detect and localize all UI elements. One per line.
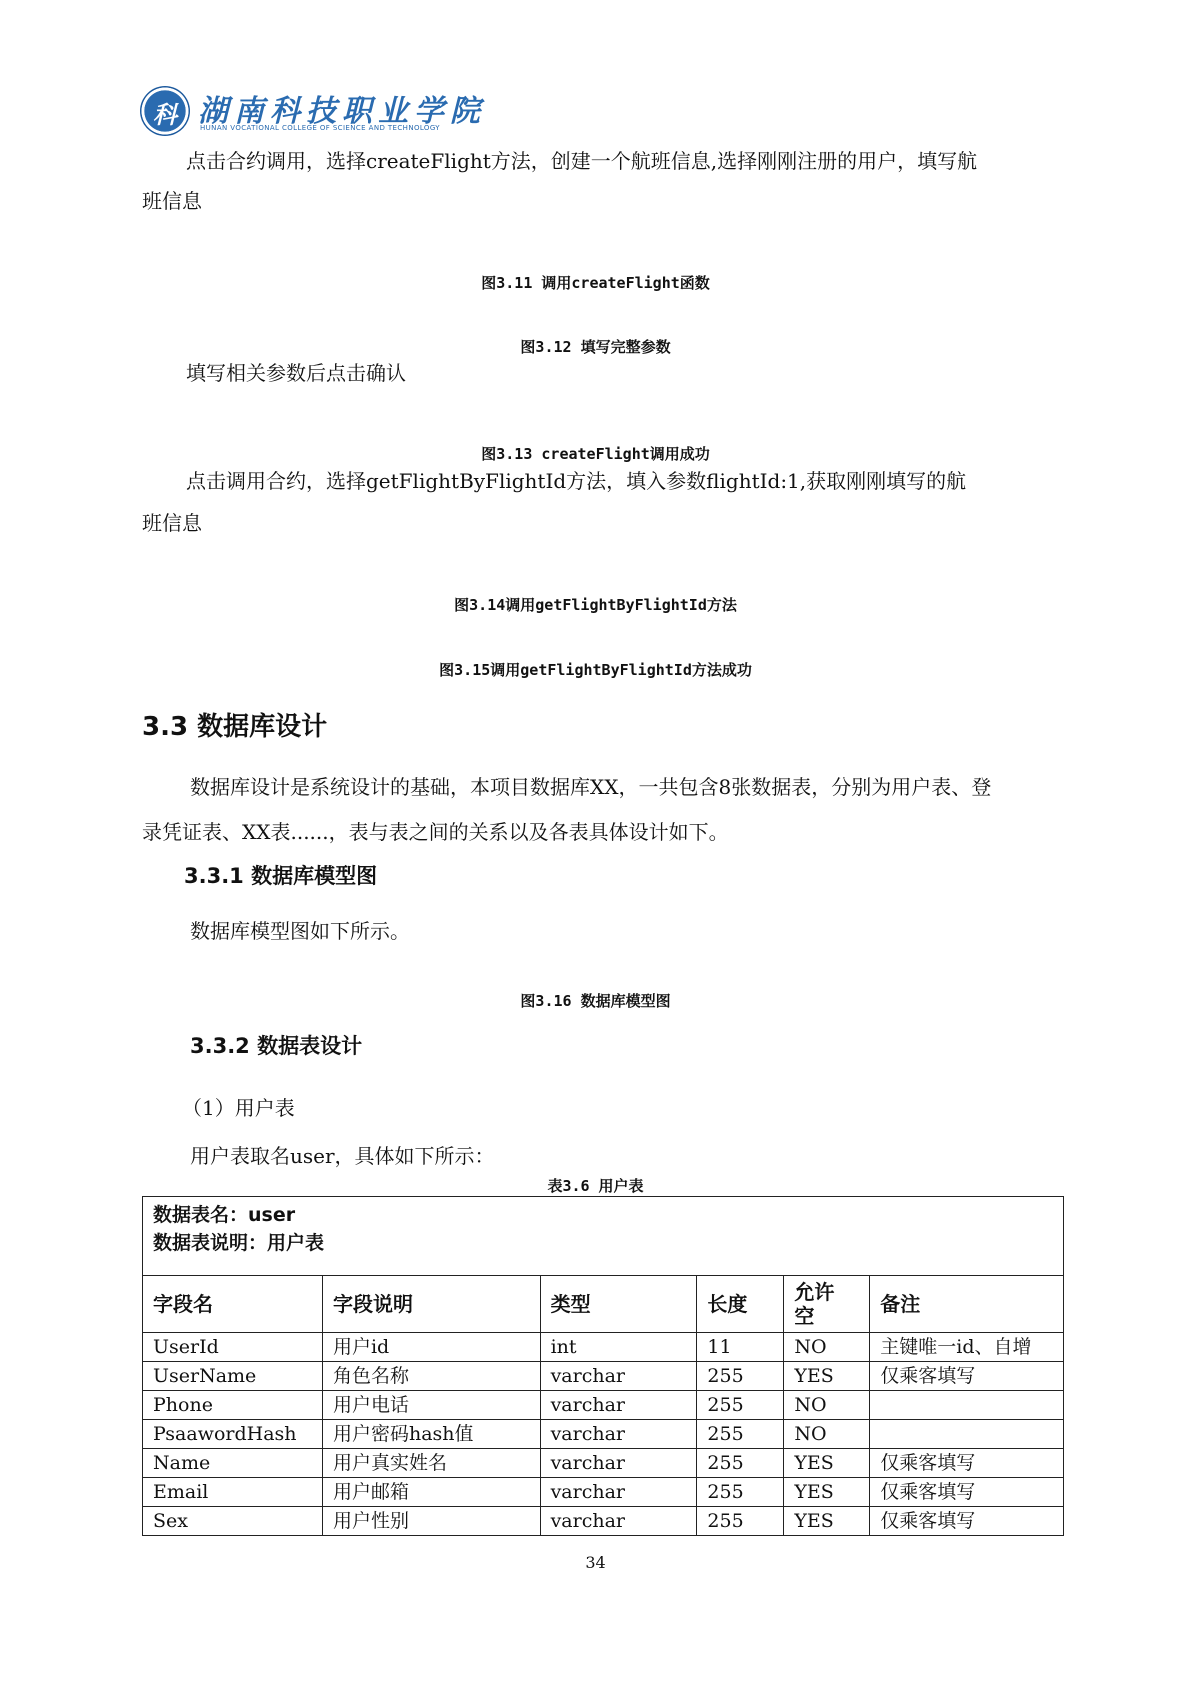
table-cell: UserId: [143, 1333, 323, 1362]
section-heading-3-3: 3.3 数据库设计: [142, 706, 327, 743]
table-cell: 仅乘客填写: [870, 1507, 1064, 1536]
table-cell: 255: [697, 1507, 784, 1536]
user-table: 数据表名：user 数据表说明：用户表 字段名 字段说明 类型 长度 允许空 备…: [142, 1196, 1064, 1536]
table-cell: Email: [143, 1478, 323, 1507]
table-row: Sex 用户性别 varchar 255 YES 仅乘客填写: [143, 1507, 1064, 1536]
table-cell: 用户电话: [322, 1391, 540, 1420]
table-row: Email 用户邮箱 varchar 255 YES 仅乘客填写: [143, 1478, 1064, 1507]
paragraph-create-flight-cont: 班信息: [142, 180, 202, 222]
table-row: Name 用户真实姓名 varchar 255 YES 仅乘客填写: [143, 1449, 1064, 1478]
table-cell: 255: [697, 1449, 784, 1478]
table-cell: 用户性别: [322, 1507, 540, 1536]
table-cell: varchar: [540, 1507, 697, 1536]
table-cell: varchar: [540, 1362, 697, 1391]
table-cell: 角色名称: [322, 1362, 540, 1391]
table-header-row: 字段名 字段说明 类型 长度 允许空 备注: [143, 1276, 1064, 1333]
table-cell: varchar: [540, 1449, 697, 1478]
table-meta-row: 数据表名：user 数据表说明：用户表: [143, 1197, 1064, 1276]
table-cell: YES: [784, 1449, 870, 1478]
column-header: 允许空: [784, 1276, 870, 1333]
paragraph-db-intro: 数据库设计是系统设计的基础，本项目数据库XX，一共包含8张数据表，分别为用户表、…: [190, 766, 991, 808]
table-desc-line: 数据表说明：用户表: [153, 1229, 1053, 1257]
table-cell: [870, 1391, 1064, 1420]
table-cell: 255: [697, 1420, 784, 1449]
figure-caption-3-16: 图3.16 数据库模型图: [0, 990, 1191, 1011]
college-seal-icon: 科: [140, 86, 190, 136]
table-cell: Sex: [143, 1507, 323, 1536]
table-cell: NO: [784, 1420, 870, 1449]
table-cell: 用户密码hash值: [322, 1420, 540, 1449]
paragraph-model-intro: 数据库模型图如下所示。: [190, 910, 410, 952]
paragraph-get-flight-cont: 班信息: [142, 502, 202, 544]
column-header: 长度: [697, 1276, 784, 1333]
figure-caption-3-14: 图3.14调用getFlightByFlightId方法: [0, 594, 1191, 615]
table-cell: NO: [784, 1333, 870, 1362]
table-cell: Name: [143, 1449, 323, 1478]
paragraph-get-flight: 点击调用合约，选择getFlightByFlightId方法，填入参数fligh…: [186, 460, 966, 502]
table-caption-3-6: 表3.6 用户表: [0, 1175, 1191, 1196]
table-cell: YES: [784, 1507, 870, 1536]
table-cell: 仅乘客填写: [870, 1449, 1064, 1478]
college-name-en: HUNAN VOCATIONAL COLLEGE OF SCIENCE AND …: [200, 124, 440, 132]
list-item-user-table: （1）用户表: [182, 1087, 295, 1129]
table-cell: 11: [697, 1333, 784, 1362]
column-header: 备注: [870, 1276, 1064, 1333]
table-cell: 用户邮箱: [322, 1478, 540, 1507]
table-cell: 主键唯一id、自增: [870, 1333, 1064, 1362]
figure-caption-3-12: 图3.12 填写完整参数: [0, 336, 1191, 357]
table-cell: [870, 1420, 1064, 1449]
paragraph-create-flight: 点击合约调用，选择createFlight方法，创建一个航班信息,选择刚刚注册的…: [186, 140, 977, 182]
college-logo: 科 湖南科技职业学院 HUNAN VOCATIONAL COLLEGE OF S…: [140, 84, 460, 140]
figure-caption-3-15: 图3.15调用getFlightByFlightId方法成功: [0, 659, 1191, 680]
table-cell: 用户真实姓名: [322, 1449, 540, 1478]
table-row: Phone 用户电话 varchar 255 NO: [143, 1391, 1064, 1420]
section-heading-3-3-1: 3.3.1 数据库模型图: [184, 860, 377, 890]
table-cell: 仅乘客填写: [870, 1478, 1064, 1507]
table-cell: 仅乘客填写: [870, 1362, 1064, 1391]
table-cell: NO: [784, 1391, 870, 1420]
column-header: 字段名: [143, 1276, 323, 1333]
table-meta-cell: 数据表名：user 数据表说明：用户表: [143, 1197, 1064, 1276]
table-row: UserName 角色名称 varchar 255 YES 仅乘客填写: [143, 1362, 1064, 1391]
table-cell: varchar: [540, 1478, 697, 1507]
table-cell: int: [540, 1333, 697, 1362]
table-row: UserId 用户id int 11 NO 主键唯一id、自增: [143, 1333, 1064, 1362]
paragraph-db-intro-cont: 录凭证表、XX表......，表与表之间的关系以及各表具体设计如下。: [142, 811, 729, 853]
table-cell: YES: [784, 1478, 870, 1507]
column-header: 字段说明: [322, 1276, 540, 1333]
table-cell: UserName: [143, 1362, 323, 1391]
table-cell: 255: [697, 1478, 784, 1507]
table-cell: 255: [697, 1362, 784, 1391]
page-number: 34: [0, 1553, 1191, 1572]
table-cell: PsaawordHash: [143, 1420, 323, 1449]
table-row: PsaawordHash 用户密码hash值 varchar 255 NO: [143, 1420, 1064, 1449]
table-cell: 255: [697, 1391, 784, 1420]
paragraph-user-table-intro: 用户表取名user，具体如下所示：: [190, 1135, 495, 1177]
column-header: 类型: [540, 1276, 697, 1333]
table-cell: Phone: [143, 1391, 323, 1420]
table-cell: varchar: [540, 1391, 697, 1420]
paragraph-confirm: 填写相关参数后点击确认: [186, 352, 406, 394]
table-cell: 用户id: [322, 1333, 540, 1362]
section-heading-3-3-2: 3.3.2 数据表设计: [190, 1030, 362, 1060]
table-cell: YES: [784, 1362, 870, 1391]
table-cell: varchar: [540, 1420, 697, 1449]
table-name-line: 数据表名：user: [153, 1201, 1053, 1229]
figure-caption-3-11: 图3.11 调用createFlight函数: [0, 272, 1191, 293]
